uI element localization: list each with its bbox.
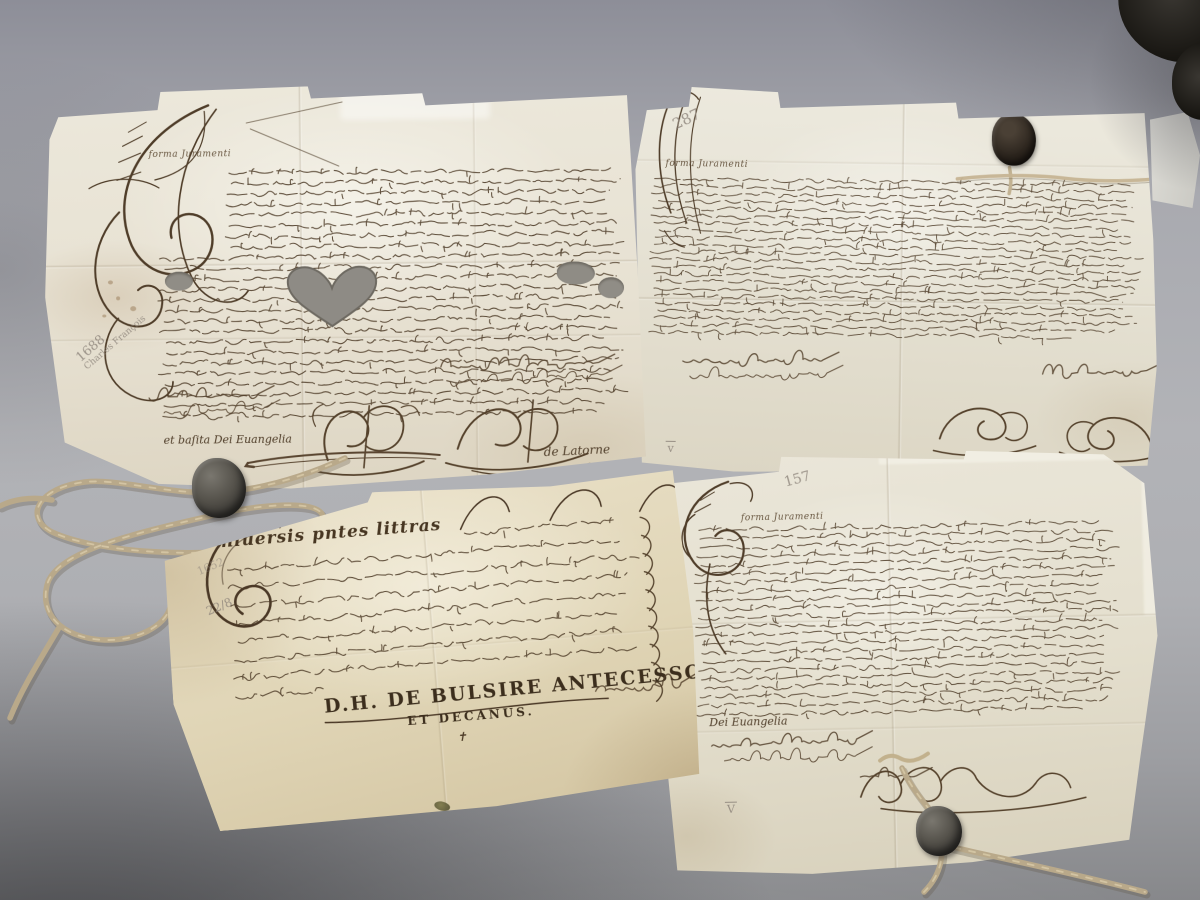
signature-flourish — [147, 385, 277, 426]
gray-wax-seal — [192, 458, 246, 518]
calligraphic-monogram — [441, 391, 592, 479]
ink-stain — [116, 296, 120, 300]
signature-flourish — [680, 349, 841, 401]
heart-shaped-cutout — [272, 253, 393, 334]
signature-flourish — [1040, 362, 1160, 398]
dark-wax-seal — [992, 113, 1037, 166]
ink-stain — [102, 314, 106, 317]
ink-stain — [108, 280, 113, 284]
hole-cutout — [598, 277, 624, 298]
hole-cutout — [557, 261, 595, 284]
pencil-check-mark: v — [665, 441, 675, 455]
notary-cross-mark: ✝ — [456, 730, 467, 745]
gray-wax-seal — [916, 806, 962, 856]
photograph-of-parchment-documents: 287 forma Juramenti v — [0, 0, 1200, 900]
signature-flourish — [593, 672, 696, 728]
closing-line: Dei Euangelia — [709, 715, 788, 730]
flourish-caption: de Latorne — [543, 442, 610, 459]
